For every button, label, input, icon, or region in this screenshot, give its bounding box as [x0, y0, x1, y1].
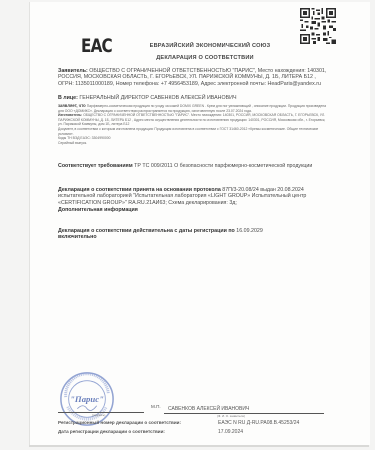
declares-text: Парфюмерно-косметическая продукция по ух…	[58, 104, 326, 113]
registration-date: 17.09.2024	[218, 429, 243, 435]
registration-number-label: Регистрационный номер декларации о соотв…	[58, 420, 181, 425]
applicant-text: ОБЩЕСТВО С ОГРАНИЧЕННОЙ ОТВЕТСТВЕННОСТЬЮ…	[58, 68, 326, 87]
sheet-edge	[29, 445, 369, 447]
declaration-title: ДЕКЛАРАЦИЯ О СООТВЕТСТВИИ	[150, 55, 260, 61]
conforms-label: Соответствует требованиям	[58, 163, 133, 169]
manufacturer-text: ОБЩЕСТВО С ОГРАНИЧЕННОЙ ОТВЕТСТВЕННОСТЬЮ…	[58, 113, 325, 126]
validity-date: 16.09.2029	[236, 228, 263, 234]
validity-suffix: включительно	[58, 234, 97, 240]
qr-code-icon	[300, 8, 336, 44]
signature-caption: (подпись)	[92, 413, 105, 417]
validity-label: Декларация о соответствии действительна …	[58, 228, 235, 234]
person-label: В лице:	[58, 95, 78, 101]
additional-info-section: Дополнительная информация	[58, 207, 330, 213]
declares-section: заявляет, что Парфюмерно-косметическая п…	[58, 104, 330, 145]
person-text: ГЕНЕРАЛЬНЫЙ ДИРЕКТОР САВЕНКОВ АЛЕКСЕЙ ИВ…	[79, 95, 236, 101]
signatory-name: САВЕНКОВ АЛЕКСЕЙ ИВАНОВИЧ	[168, 406, 249, 412]
name-caption: (Ф. И. О. заявителя)	[217, 414, 245, 418]
declares-label: заявляет, что	[58, 103, 86, 108]
conforms-section: Соответствует требованиям ТР ТС 009/2011…	[58, 163, 330, 169]
additional-info-label: Дополнительная информация	[58, 207, 138, 213]
seal-placeholder-mp: М.П.	[151, 404, 161, 409]
union-heading: ЕВРАЗИЙСКИЙ ЭКОНОМИЧЕСКИЙ СОЮЗ	[140, 43, 280, 49]
registration-number: ЕАЭС N RU Д-RU.PA08.B.45253/24	[218, 420, 299, 426]
serial-release: Серийный выпуск.	[58, 141, 87, 145]
person-section: В лице: ГЕНЕРАЛЬНЫЙ ДИРЕКТОР САВЕНКОВ АЛ…	[58, 95, 330, 101]
manufacturer-label: Изготовитель:	[58, 113, 82, 117]
registration-date-label: Дата регистрации декларации о соответств…	[58, 429, 165, 434]
svg-text:"Парис": "Парис"	[70, 394, 104, 404]
tnved-code: Коды ТН ВЭД ЕАЭС: 3304990000	[58, 136, 111, 140]
validity-section: Декларация о соответствии действительна …	[58, 228, 330, 241]
standard-document-text: Документ, в соответствии с которым изгот…	[58, 127, 318, 136]
eac-logo: EAC	[81, 36, 112, 56]
applicant-section: Заявитель: ОБЩЕСТВО С ОГРАНИЧЕННОЙ ОТВЕТ…	[58, 68, 330, 87]
basis-section: Декларация о соответствии принята на осн…	[58, 187, 330, 206]
conforms-text: ТР ТС 009/2011 О безопасности парфюмерно…	[134, 163, 312, 169]
